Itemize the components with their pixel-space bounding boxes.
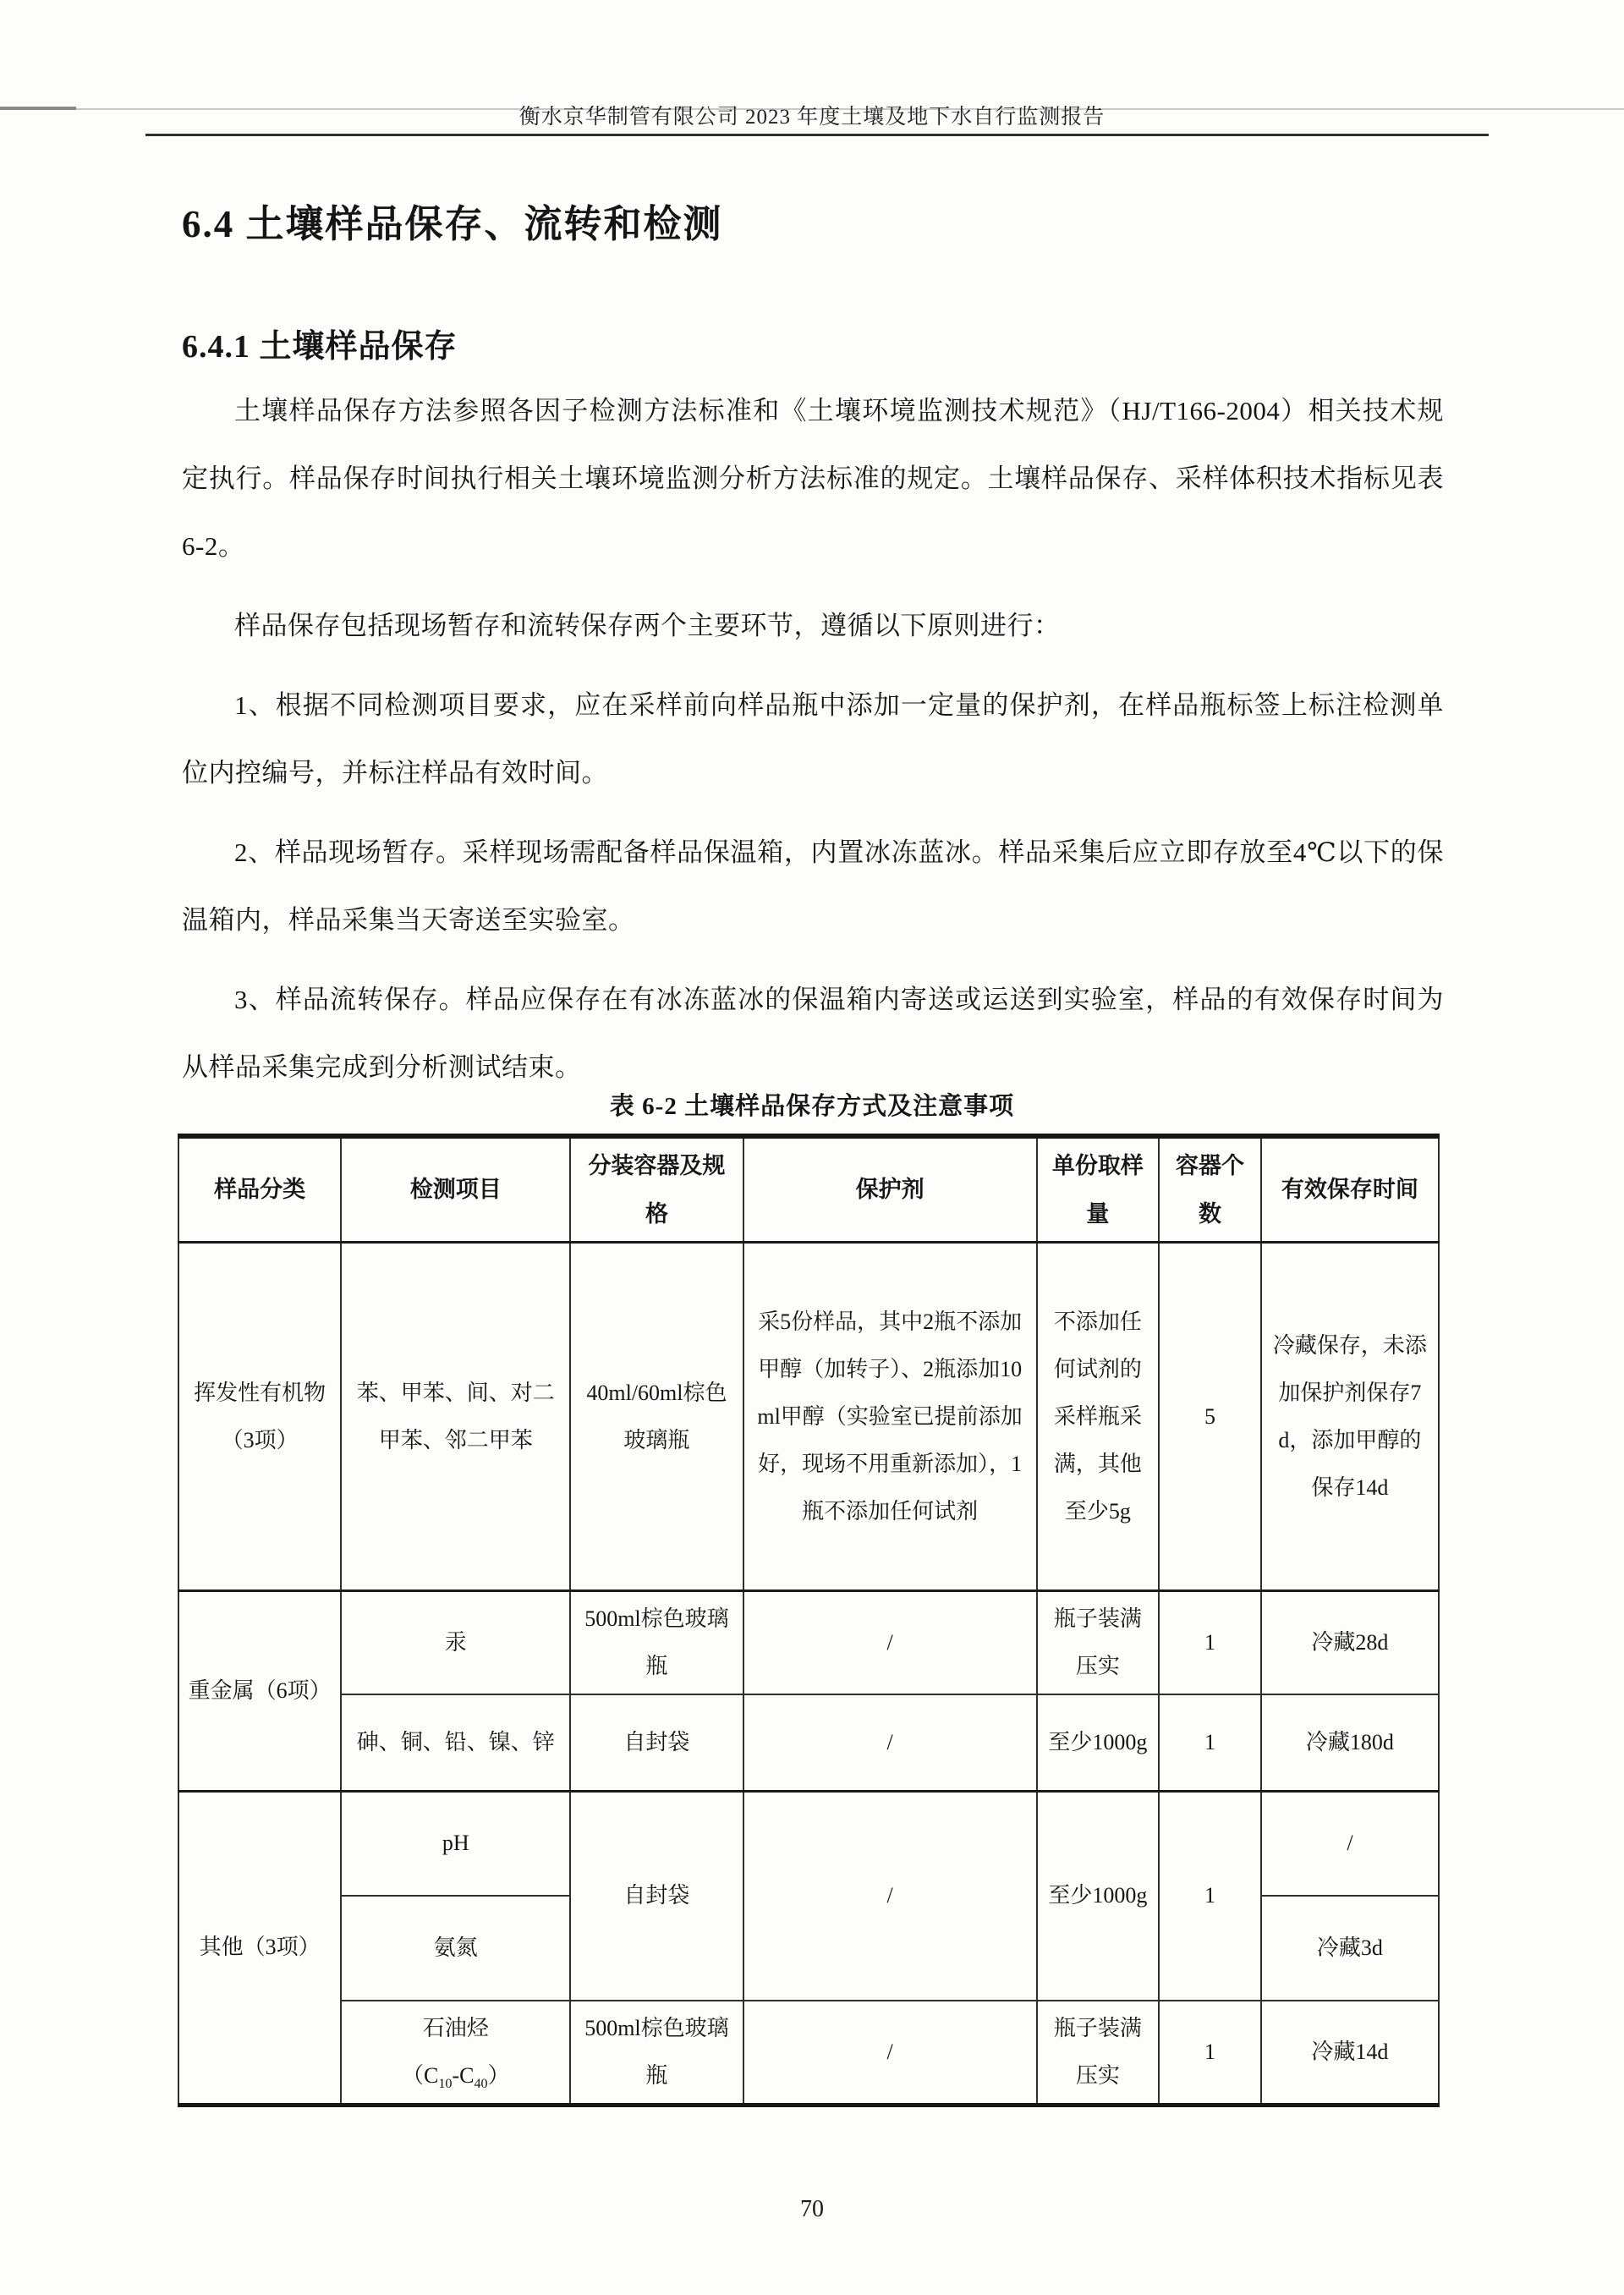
cell-category-voc: 挥发性有机物（3项）: [178, 1243, 341, 1591]
cell-protectant-ph-nh3: /: [743, 1791, 1037, 2001]
page-header-title: 衡水京华制管有限公司 2023 年度土壤及地下水自行监测报告: [0, 100, 1624, 130]
cell-project-ammonia: 氨氮: [341, 1896, 570, 2001]
page-number: 70: [0, 2196, 1624, 2223]
cell-storage-metals: 冷藏180d: [1261, 1694, 1439, 1791]
cell-amount-metals: 至少1000g: [1037, 1694, 1160, 1791]
cell-count-ph-nh3: 1: [1159, 1791, 1261, 2001]
cell-count-mercury: 1: [1159, 1591, 1261, 1694]
table-row-petroleum: 石油烃 （C10-C40） 500ml棕色玻璃瓶 / 瓶子装满压实 1 冷藏14…: [178, 2001, 1439, 2105]
cell-project-ph: pH: [341, 1791, 570, 1896]
cell-storage-ph: /: [1261, 1791, 1439, 1896]
table-row-arsenic-metals: 砷、铜、铅、镍、锌 自封袋 / 至少1000g 1 冷藏180d: [178, 1694, 1439, 1791]
cell-count-metals: 1: [1159, 1694, 1261, 1791]
cell-storage-petroleum: 冷藏14d: [1261, 2001, 1439, 2105]
table-row-ph: 其他（3项） pH 自封袋 / 至少1000g 1 /: [178, 1791, 1439, 1896]
cell-amount-ph-nh3: 至少1000g: [1037, 1791, 1160, 2001]
cell-count-petroleum: 1: [1159, 2001, 1261, 2105]
header-rule: [145, 134, 1489, 136]
cell-amount-petroleum: 瓶子装满压实: [1037, 2001, 1160, 2105]
section-heading-6-4: 6.4 土壤样品保存、流转和检测: [182, 193, 723, 248]
col-header-sample-amount: 单份取样量: [1037, 1136, 1160, 1243]
cell-project-metals: 砷、铜、铅、镍、锌: [341, 1694, 570, 1791]
cell-count-voc: 5: [1159, 1243, 1261, 1591]
col-header-test-items: 检测项目: [341, 1136, 570, 1243]
col-header-container-spec: 分装容器及规格: [570, 1136, 743, 1243]
cell-project-mercury: 汞: [341, 1591, 570, 1694]
body-text: 土壤样品保存方法参照各因子检测方法标准和《土壤环境监测技术规范》（HJ/T166…: [182, 377, 1444, 1101]
cell-container-petroleum: 500ml棕色玻璃瓶: [570, 2001, 743, 2105]
cell-protectant-mercury: /: [743, 1591, 1037, 1694]
table-caption: 表 6-2 土壤样品保存方式及注意事项: [0, 1087, 1624, 1122]
cell-protectant-voc: 采5份样品，其中2瓶不添加甲醇（加转子）、2瓶添加10ml甲醇（实验室已提前添加…: [743, 1243, 1037, 1591]
cell-protectant-petroleum: /: [743, 2001, 1037, 2105]
list-item-3: 3、样品流转保存。样品应保存在有冰冻蓝冰的保温箱内寄送或运送到实验室，样品的有效…: [182, 966, 1444, 1101]
table-row-mercury: 重金属（6项） 汞 500ml棕色玻璃瓶 / 瓶子装满压实 1 冷藏28d: [178, 1591, 1439, 1694]
paragraph-preservation-method: 土壤样品保存方法参照各因子检测方法标准和《土壤环境监测技术规范》（HJ/T166…: [182, 377, 1444, 580]
cell-category-heavy-metals: 重金属（6项）: [178, 1591, 341, 1791]
list-item-1: 1、根据不同检测项目要求，应在采样前向样品瓶中添加一定量的保护剂，在样品瓶标签上…: [182, 672, 1444, 807]
table-row-voc: 挥发性有机物（3项） 苯、甲苯、间、对二甲苯、邻二甲苯 40ml/60ml棕色玻…: [178, 1243, 1439, 1591]
cell-container-metals: 自封袋: [570, 1694, 743, 1791]
col-header-sample-category: 样品分类: [178, 1136, 341, 1243]
cell-amount-voc: 不添加任何试剂的采样瓶采满，其他至少5g: [1037, 1243, 1160, 1591]
cell-container-ph-nh3: 自封袋: [570, 1791, 743, 2001]
cell-storage-voc: 冷藏保存，未添加保护剂保存7d，添加甲醇的保存14d: [1261, 1243, 1439, 1591]
col-header-container-count: 容器个数: [1159, 1136, 1261, 1243]
cell-container-voc: 40ml/60ml棕色玻璃瓶: [570, 1243, 743, 1591]
cell-storage-mercury: 冷藏28d: [1261, 1591, 1439, 1694]
document-page: 衡水京华制管有限公司 2023 年度土壤及地下水自行监测报告 6.4 土壤样品保…: [0, 0, 1624, 2295]
cell-project-voc: 苯、甲苯、间、对二甲苯、邻二甲苯: [341, 1243, 570, 1591]
paragraph-preservation-principles: 样品保存包括现场暂存和流转保存两个主要环节，遵循以下原则进行：: [182, 592, 1444, 660]
subsection-heading-6-4-1: 6.4.1 土壤样品保存: [182, 320, 458, 366]
cell-protectant-metals: /: [743, 1694, 1037, 1791]
list-item-2: 2、样品现场暂存。采样现场需配备样品保温箱，内置冰冻蓝冰。样品采集后应立即存放至…: [182, 819, 1444, 954]
petroleum-formula: （C10-C40）: [350, 2052, 561, 2100]
cell-container-mercury: 500ml棕色玻璃瓶: [570, 1591, 743, 1694]
cell-storage-ammonia: 冷藏3d: [1261, 1896, 1439, 2001]
cell-amount-mercury: 瓶子装满压实: [1037, 1591, 1160, 1694]
col-header-protectant: 保护剂: [743, 1136, 1037, 1243]
cell-project-petroleum: 石油烃 （C10-C40）: [341, 2001, 570, 2105]
table-header-row: 样品分类 检测项目 分装容器及规格 保护剂 单份取样量 容器个数 有效保存时间: [178, 1136, 1439, 1243]
petroleum-name: 石油烃: [350, 2005, 561, 2052]
soil-sample-preservation-table: 样品分类 检测项目 分装容器及规格 保护剂 单份取样量 容器个数 有效保存时间 …: [178, 1134, 1440, 2107]
col-header-storage-time: 有效保存时间: [1261, 1136, 1439, 1243]
cell-category-other: 其他（3项）: [178, 1791, 341, 2105]
